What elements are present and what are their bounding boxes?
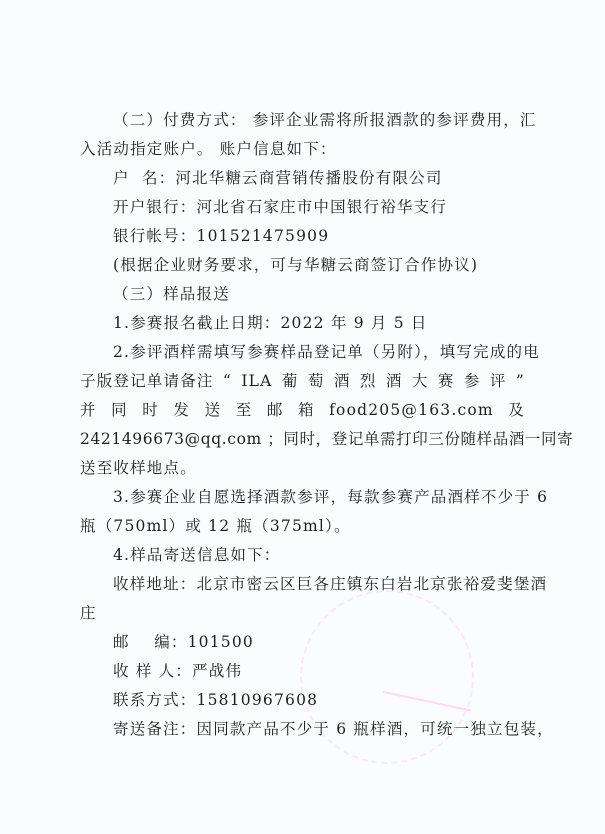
bank-value: 河北省石家庄市中国银行裕华支行 xyxy=(197,198,448,216)
text-segment: ” xyxy=(516,371,525,391)
text-segment: 酒 xyxy=(386,371,403,391)
text-segment: ILA xyxy=(241,371,272,391)
text-segment: 赛 xyxy=(438,371,455,391)
text-segment: 邮 xyxy=(267,400,284,420)
bank-label: 开户银行： xyxy=(113,198,197,216)
text-segment: 参 xyxy=(464,371,481,391)
payment-note: (根据企业财务要求，可与华糖云商签订合作协议) xyxy=(113,255,478,275)
text-segment: 大 xyxy=(412,371,429,391)
account-name-value: 河北华糖云商营销传播股份有限公司 xyxy=(175,169,442,187)
remark-value: 因同款产品不少于 6 瓶样酒，可统一独立包装， xyxy=(197,720,554,738)
samples-heading: （三）样品报送 xyxy=(113,284,230,304)
remark-label: 寄送备注： xyxy=(113,720,197,738)
text-segment: 发 xyxy=(173,400,190,420)
text-segment: 萄 xyxy=(308,371,325,391)
text-segment: 至 xyxy=(236,400,253,420)
text-segment: 葡 xyxy=(282,371,299,391)
payment-continuation: 入活动指定账户。 账户信息如下： xyxy=(80,139,337,159)
account-number-label: 银行帐号： xyxy=(113,227,197,245)
samples-item-4: 4.样品寄送信息如下： xyxy=(113,545,281,565)
samples-item-2-line-3: 并 同 时 发 送 至 邮 箱 food205@163.com 及 xyxy=(80,400,525,420)
remark-row: 寄送备注：因同款产品不少于 6 瓶样酒，可统一独立包装， xyxy=(113,719,554,739)
samples-item-3-line-2: 瓶（750ml）或 12 瓶（375ml）。 xyxy=(80,516,351,536)
account-number-value: 101521475909 xyxy=(197,227,330,245)
text-segment: “ xyxy=(223,371,232,391)
email-address-1: food205@163.com xyxy=(329,400,494,420)
text-segment: 评 xyxy=(490,371,507,391)
account-name-row: 户 名：河北华糖云商营销传播股份有限公司 xyxy=(113,168,443,188)
samples-item-2-line-1: 2.参评酒样需填写参赛样品登记单（另附），填写完成的电 xyxy=(113,342,540,362)
phone-row: 联系方式：15810967608 xyxy=(113,690,318,710)
recipient-value: 严战伟 xyxy=(192,662,242,680)
samples-item-2-line-4: 2421496673@qq.com ；同时，登记单需打印三份随样品酒一同寄 xyxy=(80,429,573,449)
text-segment: 子版登记单请备注 xyxy=(80,371,214,391)
document-page: （二）付费方式： 参评企业需将所报酒款的参评费用，汇 入活动指定账户。 账户信息… xyxy=(0,0,605,834)
account-name-label: 户 名： xyxy=(113,169,175,187)
postcode-value: 101500 xyxy=(188,633,254,651)
address-row: 收样地址：北京市密云区巨各庄镇东白岩北京张裕爱斐堡酒 xyxy=(113,574,547,594)
postcode-label: 邮 编： xyxy=(113,633,188,651)
text-segment: 时 xyxy=(142,400,159,420)
samples-item-2-line-5: 送至收样地点。 xyxy=(80,458,197,478)
samples-item-3-line-1: 3.参赛企业自愿选择酒款参评，每款参赛产品酒样不少于 6 xyxy=(113,487,548,507)
samples-item-1: 1.参赛报名截止日期：2022 年 9 月 5 日 xyxy=(113,313,428,333)
text-segment: 烈 xyxy=(360,371,377,391)
text-segment: 箱 xyxy=(298,400,315,420)
phone-value: 15810967608 xyxy=(197,691,319,709)
recipient-row: 收 样 人：严战伟 xyxy=(113,661,242,681)
payment-heading: （二）付费方式： 参评企业需将所报酒款的参评费用，汇 xyxy=(113,110,537,130)
samples-item-2-line-2: 子版登记单请备注 “ ILA 葡 萄 酒 烈 酒 大 赛 参 评 ” xyxy=(80,371,525,391)
recipient-label: 收 样 人： xyxy=(113,662,192,680)
phone-label: 联系方式： xyxy=(113,691,197,709)
postcode-row: 邮 编：101500 xyxy=(113,632,254,652)
text-segment: 同 xyxy=(111,400,128,420)
address-label: 收样地址： xyxy=(113,575,197,593)
text-segment: 酒 xyxy=(334,371,351,391)
address-continuation: 庄 xyxy=(80,603,97,623)
address-value: 北京市密云区巨各庄镇东白岩北京张裕爱斐堡酒 xyxy=(197,575,548,593)
text-segment: 及 xyxy=(508,400,525,420)
account-number-row: 银行帐号：101521475909 xyxy=(113,226,329,246)
text-segment: 送 xyxy=(205,400,222,420)
text-segment: 并 xyxy=(80,400,97,420)
bank-row: 开户银行：河北省石家庄市中国银行裕华支行 xyxy=(113,197,447,217)
